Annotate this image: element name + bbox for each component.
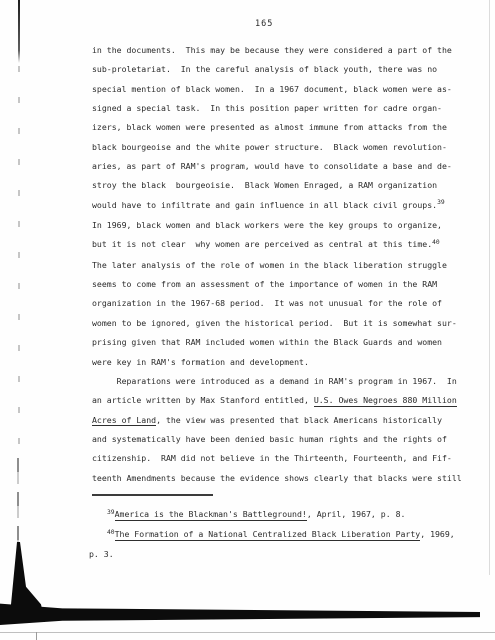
body-line: in the documents. This may be because th… <box>92 41 470 60</box>
scan-artifact-right-edge-line <box>489 0 490 575</box>
footnote-line: 39America is the Blackman's Battleground… <box>107 505 476 525</box>
scan-artifact-bottom-tick <box>36 632 37 640</box>
body-line: prising given that RAM included women wi… <box>92 333 470 352</box>
body-line: izers, black women were presented as alm… <box>92 118 470 137</box>
body-text: in the documents. This may be because th… <box>92 41 470 488</box>
footnote-line: p. 3. <box>89 545 476 564</box>
scanned-page: 165 in the documents. This may be becaus… <box>0 0 495 640</box>
footnote-line: 40The Formation of a National Centralize… <box>107 525 476 545</box>
body-line: women to be ignored, given the historica… <box>92 314 470 333</box>
body-line: Acres of Land, the view was presented th… <box>92 411 470 430</box>
scan-artifact-left-edge-dashes <box>18 66 20 458</box>
body-line: The later analysis of the role of women … <box>92 256 470 275</box>
body-line: would have to infiltrate and gain influe… <box>92 196 470 216</box>
scan-artifact-bottom-bar <box>0 600 480 626</box>
page-number: 165 <box>255 19 273 29</box>
body-line: teenth Amendments because the evidence s… <box>92 469 470 488</box>
body-line: but it is not clear why women are percei… <box>92 235 470 255</box>
body-line: In 1969, black women and black workers w… <box>92 216 470 235</box>
body-line: stroy the black bourgeoisie. Black Women… <box>92 176 470 195</box>
footnote-separator <box>92 494 213 496</box>
scan-artifact-left-edge-lower <box>17 458 19 546</box>
body-line: an article written by Max Stanford entit… <box>92 391 470 410</box>
body-line: seems to come from an assessment of the … <box>92 275 470 294</box>
footnotes: 39America is the Blackman's Battleground… <box>92 505 476 564</box>
body-line: and systematically have been denied basi… <box>92 430 470 449</box>
body-line: black bourgeoise and the white power str… <box>92 138 470 157</box>
body-line: citizenship. RAM did not believe in the … <box>92 449 470 468</box>
body-line: aries, as part of RAM's program, would h… <box>92 157 470 176</box>
body-line: were key in RAM's formation and developm… <box>92 353 470 372</box>
scan-artifact-bottom-line <box>0 632 495 633</box>
body-line: sub-proletariat. In the careful analysis… <box>92 60 470 79</box>
body-line: Reparations were introduced as a demand … <box>92 372 470 391</box>
body-line: special mention of black women. In a 196… <box>92 80 470 99</box>
body-line: signed a special task. In this position … <box>92 99 470 118</box>
scan-artifact-left-edge-line <box>18 0 20 63</box>
body-line: organization in the 1967-68 period. It w… <box>92 294 470 313</box>
